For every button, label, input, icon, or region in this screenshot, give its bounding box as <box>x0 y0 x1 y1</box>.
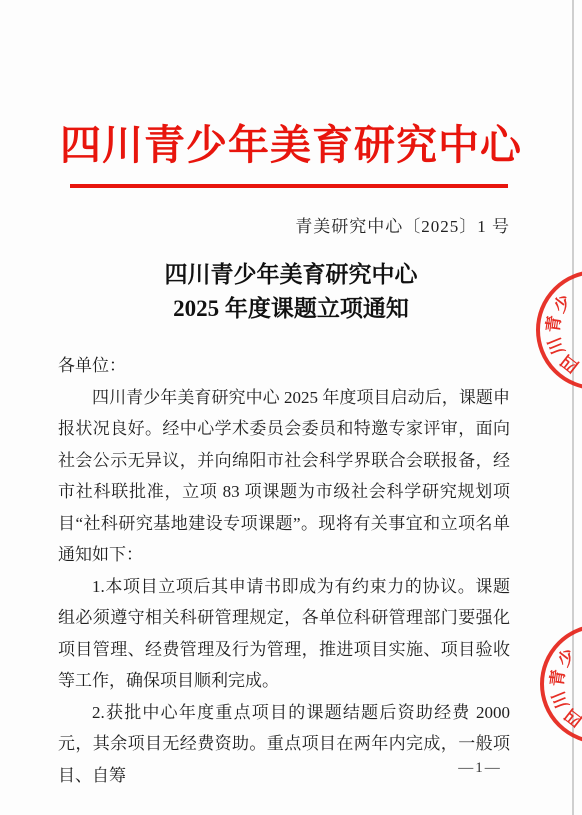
document-title-line1: 四川青少年美育研究中心 <box>0 258 582 292</box>
document-title: 四川青少年美育研究中心 2025 年度课题立项通知 <box>0 258 582 326</box>
letterhead-org-name: 四川青少年美育研究中心 <box>0 112 582 171</box>
document-page: 四川青少年美育研究中心 青美研究中心〔2025〕1 号 四川青少年美育研究中心 … <box>0 0 582 815</box>
official-seal: 四 川 青 少 <box>536 270 582 390</box>
document-body: 各单位： 四川青少年美育研究中心 2025 年度项目启动后，课题申报状况良好。经… <box>58 350 510 791</box>
official-seal: 四 川 青 少 <box>540 624 582 744</box>
red-separator-rule <box>70 184 508 188</box>
document-reference-number: 青美研究中心〔2025〕1 号 <box>295 212 510 237</box>
salutation: 各单位： <box>58 350 510 382</box>
page-number: —1— <box>440 760 520 777</box>
paragraph: 四川青少年美育研究中心 2025 年度项目启动后，课题申报状况良好。经中心学术委… <box>58 382 510 571</box>
document-title-line2: 2025 年度课题立项通知 <box>0 292 582 326</box>
paragraph: 1.本项目立项后其申请书即成为有约束力的协议。课题组必须遵守相关科研管理规定，各… <box>58 571 510 697</box>
